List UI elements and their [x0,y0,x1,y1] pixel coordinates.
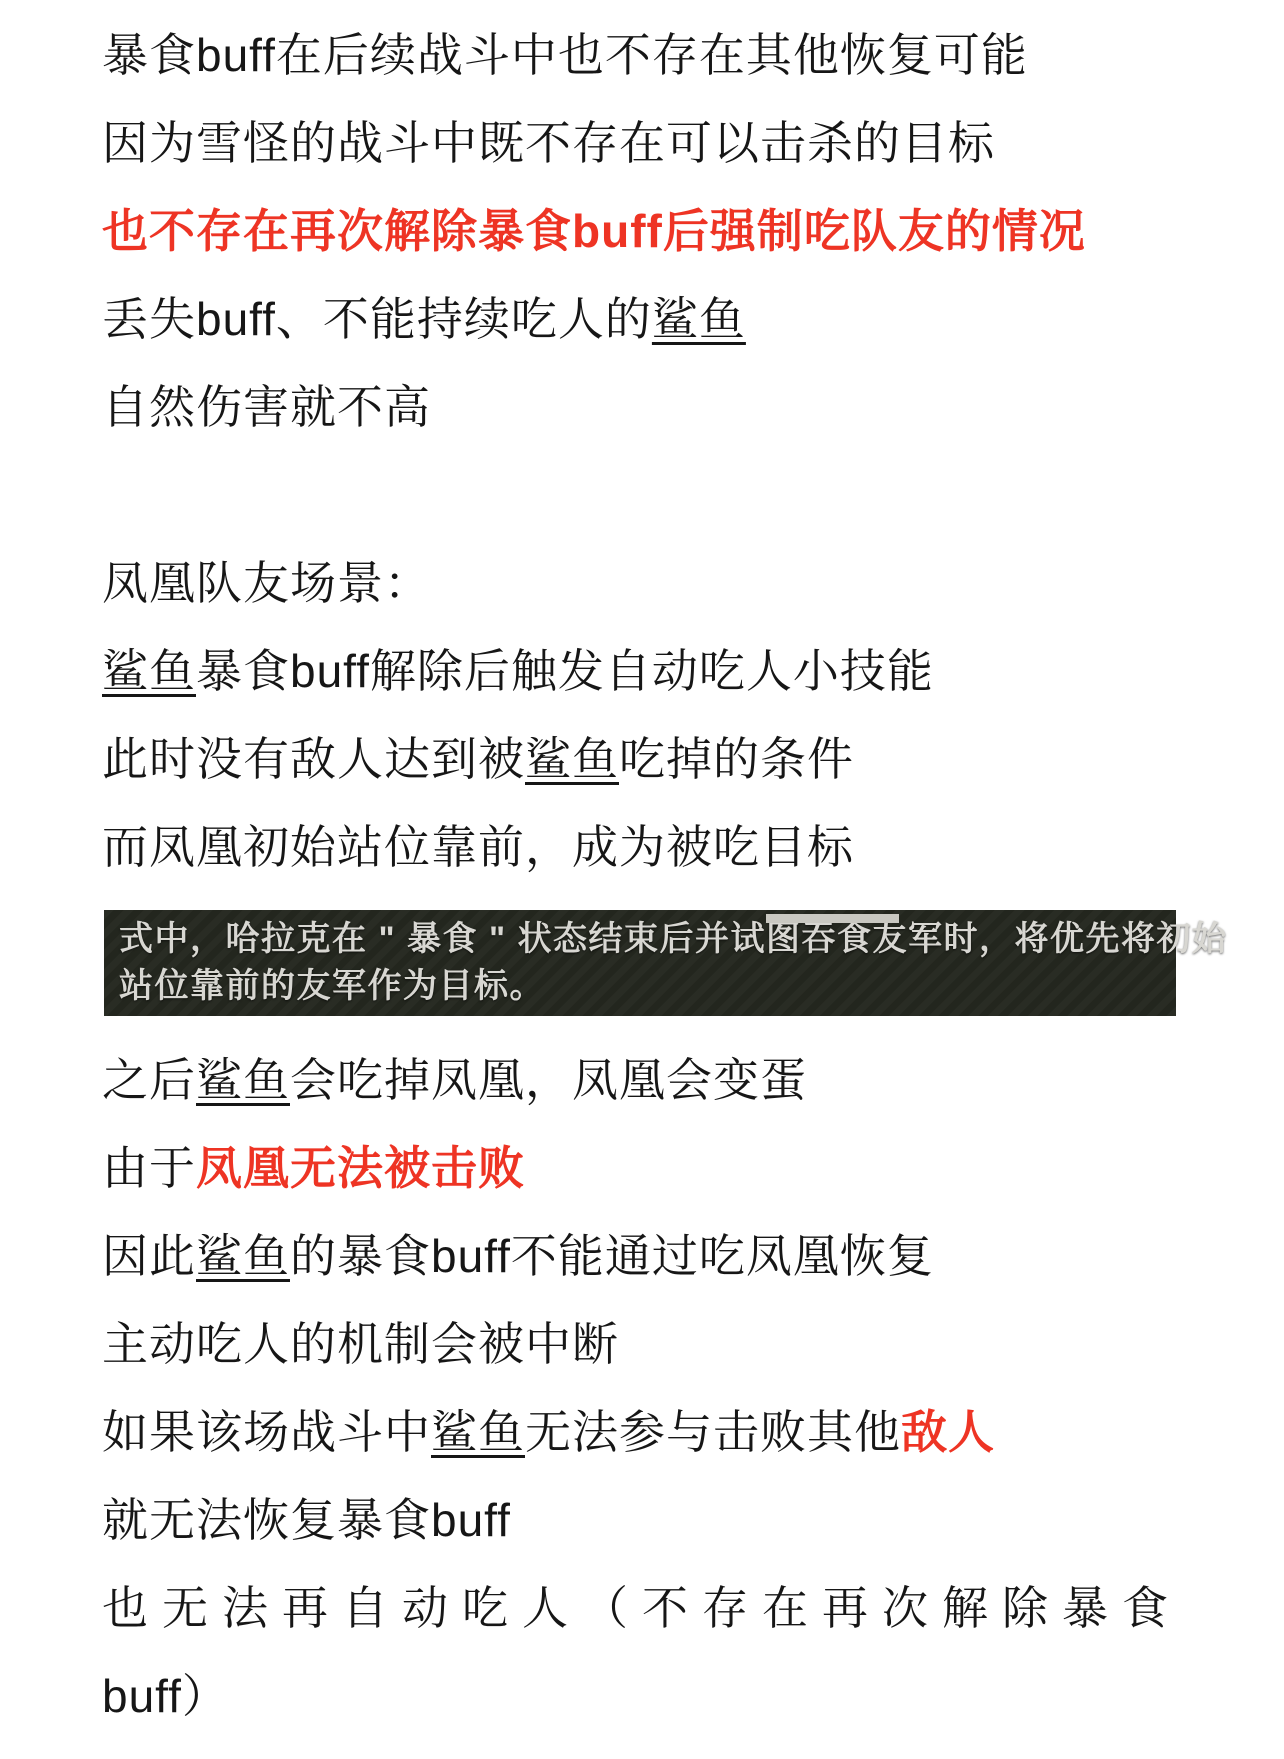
paragraph-line: 丢失buff、不能持续吃人的鲨鱼 [102,275,1228,363]
body-text: 无法参与击败其他 [525,1406,901,1458]
term-link-shark[interactable]: 鲨鱼 [196,1230,290,1282]
paragraph-line: 鲨鱼暴食buff解除后触发自动吃人小技能 [102,627,1228,715]
body-text: 丢失buff、不能持续吃人的 [102,293,652,345]
paragraph-line: 暴食buff在后续战斗中也不存在其他恢复可能 [102,11,1228,99]
section-heading: 凤凰队友场景： [102,539,1228,627]
body-text: 由于 [102,1142,196,1194]
paragraph-line: 之后鲨鱼会吃掉凤凰，凤凰会变蛋 [102,1036,1228,1124]
quote-text: 站位靠前的友军作为目标。 [119,967,545,1005]
quote-line: 式中，哈拉克在 " 暴食 " 状态结束后并试图吞食友军时，将优先将初始 [119,916,1162,963]
paragraph-line: 自然伤害就不高 [102,363,1228,451]
body-text: 此时没有敌人达到被 [102,733,525,785]
paragraph-line-red-emphasis: 也不存在再次解除暴食buff后强制吃队友的情况 [102,187,1228,275]
body-text: 而凤凰初始站位靠前，成为被吃目标 [102,821,854,873]
red-emphasis-text: 凤凰无法被击败 [196,1142,525,1194]
paragraph-line: 就无法恢复暴食buff [102,1476,1228,1564]
paragraph-line: 因此鲨鱼的暴食buff不能通过吃凤凰恢复 [102,1212,1228,1300]
red-emphasis-text: 也不存在再次解除暴食buff后强制吃队友的情况 [102,205,1086,257]
term-link-shark[interactable]: 鲨鱼 [102,645,196,697]
term-link-shark[interactable]: 鲨鱼 [431,1406,525,1458]
body-text: 因此 [102,1230,196,1282]
body-text: 主动吃人的机制会被中断 [102,1318,619,1370]
body-text: buff） [102,1670,229,1722]
paragraph-line: 由于凤凰无法被击败 [102,1124,1228,1212]
body-text: 暴食buff在后续战斗中也不存在其他恢复可能 [102,29,1028,81]
paragraph-line: 如果该场战斗中鲨鱼无法参与击败其他敌人 [102,1388,1228,1476]
paragraph-line: 而凤凰初始站位靠前，成为被吃目标 [102,803,1228,891]
body-text: 会吃掉凤凰，凤凰会变蛋 [290,1054,807,1106]
paragraph-line: 主动吃人的机制会被中断 [102,1300,1228,1388]
body-text: 自然伤害就不高 [102,381,431,433]
term-link-shark[interactable]: 鲨鱼 [196,1054,290,1106]
quote-text: 式中，哈拉克在 " 暴食 " 状态结束后并试图吞食友军时，将优先将初始 [119,920,1228,958]
underline-highlight-bar [766,914,899,923]
paragraph-line: 也无法再自动吃人（不存在再次解除暴食 [102,1564,1228,1652]
body-text: 因为雪怪的战斗中既不存在可以击杀的目标 [102,117,995,169]
body-text: 如果该场战斗中 [102,1406,431,1458]
body-text: 吃掉的条件 [619,733,854,785]
game-screenshot-quote: 式中，哈拉克在 " 暴食 " 状态结束后并试图吞食友军时，将优先将初始 站位靠前… [104,910,1176,1016]
quote-line: 站位靠前的友军作为目标。 [119,963,1162,1010]
body-text: 的暴食buff不能通过吃凤凰恢复 [290,1230,934,1282]
paragraph-line: 此时没有敌人达到被鲨鱼吃掉的条件 [102,715,1228,803]
term-link-shark[interactable]: 鲨鱼 [652,293,746,345]
red-emphasis-text: 敌人 [901,1406,995,1458]
body-text: 就无法恢复暴食buff [102,1494,511,1546]
body-text-justified: 也无法再自动吃人（不存在再次解除暴食 [102,1582,1182,1634]
paragraph-line: buff） [102,1652,1228,1740]
body-text: 凤凰队友场景： [102,557,431,609]
document-page: 暴食buff在后续战斗中也不存在其他恢复可能 因为雪怪的战斗中既不存在可以击杀的… [0,0,1284,1759]
term-link-shark[interactable]: 鲨鱼 [525,733,619,785]
body-text: 暴食buff解除后触发自动吃人小技能 [196,645,934,697]
body-text: 之后 [102,1054,196,1106]
paragraph-line: 因为雪怪的战斗中既不存在可以击杀的目标 [102,99,1228,187]
